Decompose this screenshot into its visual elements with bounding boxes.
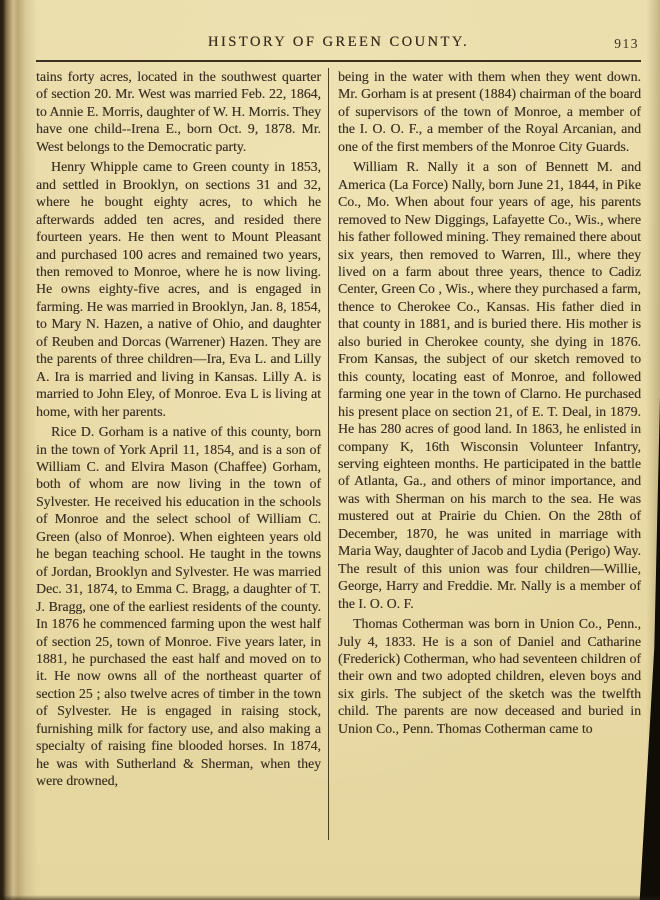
page-header: HISTORY OF GREEN COUNTY. 913 bbox=[36, 34, 641, 54]
paragraph-rice-gorham: Rice D. Gorham is a native of this count… bbox=[36, 423, 321, 790]
paragraph-gorham-continued: being in the water with them when they w… bbox=[338, 68, 641, 155]
running-title: HISTORY OF GREEN COUNTY. bbox=[36, 34, 641, 51]
binding-edge-shadow bbox=[0, 0, 38, 900]
header-rule bbox=[36, 60, 641, 62]
column-divider-rule bbox=[328, 68, 329, 840]
paragraph-thomas-cotherman: Thomas Cotherman was born in Union Co., … bbox=[338, 615, 641, 737]
text-columns: tains forty acres, located in the southw… bbox=[36, 68, 642, 840]
book-page-scan: HISTORY OF GREEN COUNTY. 913 tains forty… bbox=[0, 0, 660, 900]
paragraph-henry-whipple: Henry Whipple came to Green county in 18… bbox=[36, 158, 321, 420]
left-column: tains forty acres, located in the southw… bbox=[36, 68, 321, 840]
paragraph-west-continued: tains forty acres, located in the southw… bbox=[36, 68, 321, 155]
page-number: 913 bbox=[614, 36, 639, 52]
right-edge-shading bbox=[646, 0, 660, 900]
paragraph-william-nally: William R. Nally it a son of Bennett M. … bbox=[338, 158, 641, 612]
bottom-edge-shadow bbox=[0, 895, 660, 900]
right-column: being in the water with them when they w… bbox=[338, 68, 641, 840]
